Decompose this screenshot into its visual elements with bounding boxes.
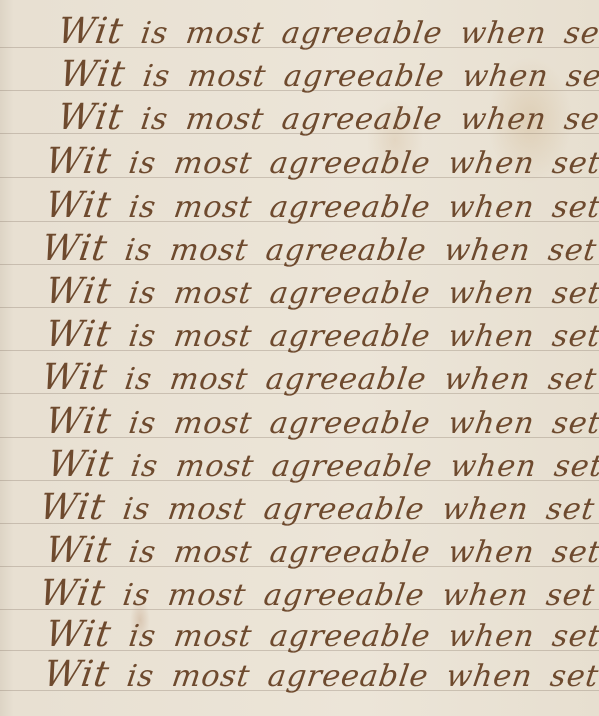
handwritten-word: is	[127, 535, 159, 570]
handwritten-word: Wit	[41, 654, 112, 695]
handwritten-word: is	[127, 406, 159, 441]
handwritten-word: most	[184, 102, 267, 137]
handwritten-word: most	[172, 190, 255, 225]
handwritten-word: set	[550, 406, 599, 441]
handwritten-word: is	[129, 449, 161, 484]
handwritten-word: set	[550, 535, 599, 570]
handwritten-word: most	[168, 233, 251, 268]
handwritten-word: agreeable	[268, 535, 433, 570]
handwritten-word: is	[139, 102, 171, 137]
handwritten-word: agreeable	[264, 362, 429, 397]
handwritten-word: most	[166, 578, 249, 613]
handwritten-word: set	[550, 619, 599, 654]
handwritten-line: WitismostagreeablewhensetoffbyBeau	[43, 271, 599, 312]
handwritten-word: set	[550, 190, 599, 225]
handwritten-word: is	[125, 659, 157, 694]
handwritten-word: most	[184, 16, 267, 51]
handwritten-word: Wit	[55, 97, 126, 138]
handwritten-word: Wit	[37, 573, 108, 614]
handwritten-word: Wit	[57, 54, 128, 95]
handwritten-word: agreeable	[268, 190, 433, 225]
handwritten-word: Wit	[43, 314, 114, 355]
handwritten-word: when	[458, 16, 549, 51]
handwritten-word: set	[562, 16, 599, 51]
handwritten-word: when	[442, 362, 533, 397]
handwritten-word: when	[440, 578, 531, 613]
handwritten-word: is	[141, 59, 173, 94]
handwritten-word: most	[174, 449, 257, 484]
handwritten-word: when	[446, 146, 537, 181]
handwritten-word: is	[121, 492, 153, 527]
handwritten-word: set	[544, 578, 597, 613]
handwritten-word: is	[139, 16, 171, 51]
handwritten-word: when	[446, 190, 537, 225]
handwritten-word: when	[446, 619, 537, 654]
handwritten-line: WitismostagreeablewhensetoffbyB	[45, 444, 599, 485]
handwritten-line: WitismostagreeablewhensetoffbyBea	[43, 185, 599, 226]
handwritten-word: set	[562, 102, 599, 137]
handwritten-word: most	[172, 319, 255, 354]
handwritten-word: most	[168, 362, 251, 397]
handwritten-line: WitismostagreeablewhensetoffbyBea	[43, 314, 599, 355]
handwritten-word: set	[552, 449, 599, 484]
handwritten-word: agreeable	[268, 406, 433, 441]
handwritten-word: is	[127, 619, 159, 654]
handwritten-word: agreeable	[270, 449, 435, 484]
handwritten-line: WitismostagreeablewhensetoffbyBeau	[43, 141, 599, 182]
handwritten-word: is	[123, 233, 155, 268]
handwritten-word: Wit	[43, 530, 114, 571]
handwritten-word: is	[127, 276, 159, 311]
handwritten-word: agreeable	[268, 619, 433, 654]
handwritten-word: Wit	[45, 444, 116, 485]
handwritten-line: WitismostagreeablewhensetoffbyB	[43, 614, 599, 655]
handwritten-word: agreeable	[262, 578, 427, 613]
handwritten-word: when	[448, 449, 539, 484]
handwritten-word: set	[546, 362, 599, 397]
handwritten-word: Wit	[39, 228, 110, 269]
handwritten-word: is	[121, 578, 153, 613]
handwritten-line: WitismostagreeablewhensetoffbyBea	[43, 401, 599, 442]
handwritten-word: when	[458, 102, 549, 137]
handwritten-word: when	[460, 59, 551, 94]
handwritten-word: when	[442, 233, 533, 268]
handwritten-line: WitismostagreeablewhensetoffbyB	[37, 573, 599, 614]
handwritten-word: Wit	[37, 487, 108, 528]
handwritten-word: is	[127, 319, 159, 354]
handwritten-line: WitismostagreeablewhensetoffbyB	[37, 487, 599, 528]
handwritten-word: agreeable	[266, 659, 431, 694]
handwritten-word: set	[550, 146, 599, 181]
handwritten-word: Wit	[43, 271, 114, 312]
handwritten-word: set	[564, 59, 599, 94]
handwritten-line: WitismostagreeablewhensetoffbyBeau	[55, 11, 599, 52]
handwritten-word: agreeable	[282, 59, 447, 94]
handwritten-word: Wit	[43, 614, 114, 655]
handwritten-word: most	[186, 59, 269, 94]
handwritten-word: most	[172, 406, 255, 441]
handwritten-word: set	[544, 492, 597, 527]
handwritten-word: agreeable	[268, 146, 433, 181]
handwritten-line: WitismostagreeablewhensetoffbyB	[39, 357, 599, 398]
handwritten-word: when	[444, 659, 535, 694]
handwritten-word: when	[440, 492, 531, 527]
handwritten-word: when	[446, 276, 537, 311]
handwritten-line: WitismostagreeablewhensetoffbyB	[43, 530, 599, 571]
handwritten-word: agreeable	[268, 276, 433, 311]
handwritten-line: WitismostagreeablewhensetoffbyBeau	[57, 54, 599, 95]
handwritten-word: when	[446, 406, 537, 441]
handwritten-word: agreeable	[268, 319, 433, 354]
handwritten-word: Wit	[39, 357, 110, 398]
handwritten-word: most	[170, 659, 253, 694]
handwritten-word: agreeable	[264, 233, 429, 268]
handwritten-word: most	[172, 619, 255, 654]
handwritten-word: set	[550, 319, 599, 354]
handwritten-word: most	[172, 535, 255, 570]
handwritten-word: when	[446, 319, 537, 354]
handwritten-word: set	[546, 233, 599, 268]
handwritten-word: is	[123, 362, 155, 397]
handwritten-word: when	[446, 535, 537, 570]
handwritten-word: is	[127, 146, 159, 181]
handwritten-word: agreeable	[280, 16, 445, 51]
handwritten-line: WitismostagreeablewhensetoffbyBe	[39, 228, 599, 269]
handwritten-word: most	[166, 492, 249, 527]
handwritten-word: set	[550, 276, 599, 311]
handwritten-word: Wit	[43, 185, 114, 226]
handwritten-word: most	[172, 146, 255, 181]
handwritten-word: Wit	[55, 11, 126, 52]
manuscript-page: WitismostagreeablewhensetoffbyBeauWitism…	[0, 0, 599, 716]
handwritten-word: most	[172, 276, 255, 311]
handwritten-word: Wit	[43, 401, 114, 442]
handwritten-line: WitismostagreeablewhensetoffbyB	[41, 654, 599, 695]
handwritten-line: WitismostagreeablewhensetoffbyBeau	[55, 97, 599, 138]
handwritten-word: is	[127, 190, 159, 225]
handwritten-word: Wit	[43, 141, 114, 182]
handwritten-word: set	[548, 659, 599, 694]
handwritten-word: agreeable	[262, 492, 427, 527]
handwritten-word: agreeable	[280, 102, 445, 137]
